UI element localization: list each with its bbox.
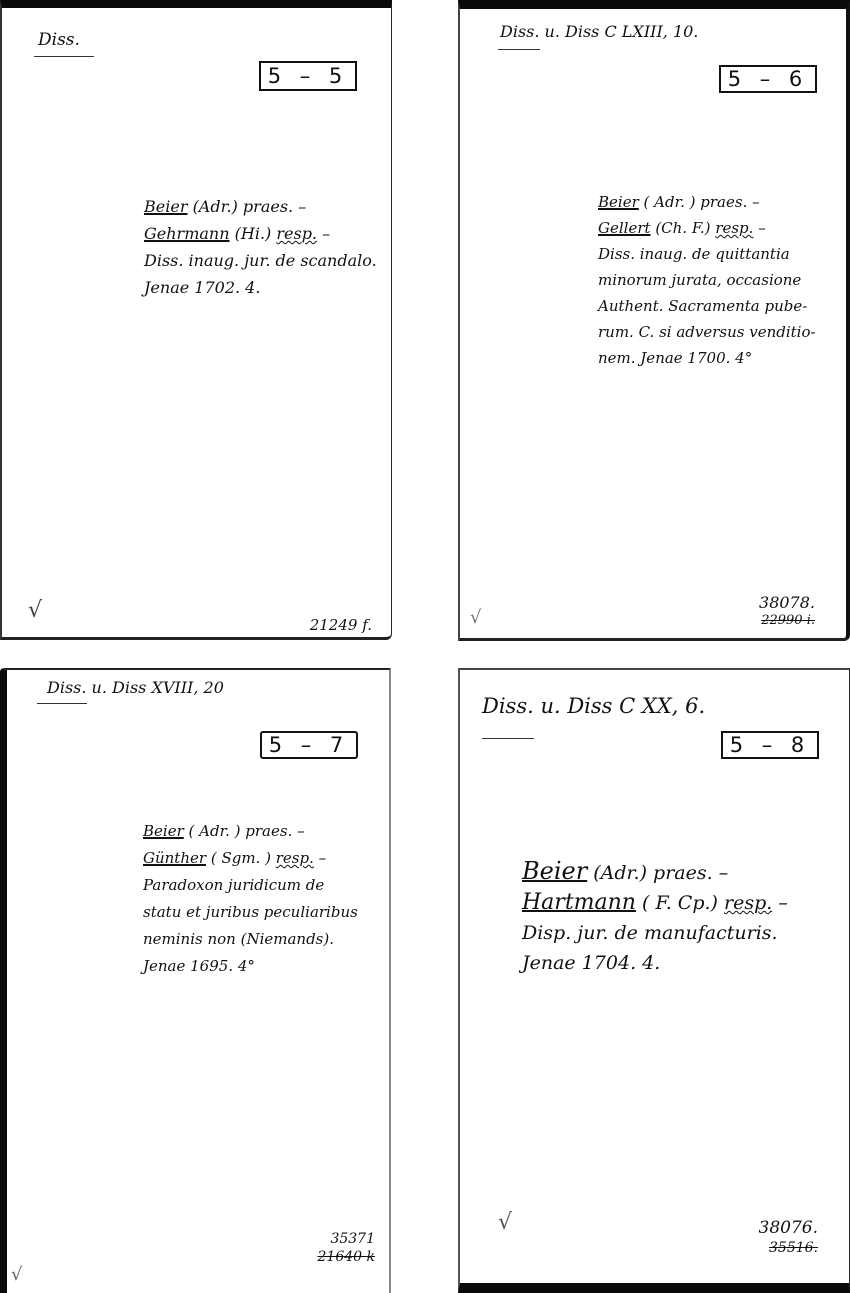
praeses-initials: (Adr.) [593, 862, 647, 884]
accession-number: 38078. [720, 594, 815, 612]
catalog-card-5-6: Diss. u. Diss C LXIII, 10. 5 – 6 Beier (… [458, 0, 850, 641]
respondent-role: resp. [276, 849, 314, 867]
imprint-line: Jenae 1695. 4° [143, 953, 358, 980]
praeses-name: Beier [143, 822, 184, 840]
check-mark-icon: √ [11, 1264, 22, 1285]
accession-number: 38076. [718, 1218, 818, 1238]
respondent-name: Gellert [598, 219, 651, 237]
catalog-entry: Beier ( Adr. ) praes. – Gellert (Ch. F.)… [598, 189, 816, 371]
praeses-line: Beier ( Adr. ) praes. – [598, 189, 816, 215]
check-mark-icon: √ [470, 607, 481, 628]
respondent-initials: (Ch. F.) [655, 219, 710, 237]
accession-numbers: 35371 21640 k [275, 1230, 375, 1266]
respondent-line: Hartmann ( F. Cp.) resp. – [522, 888, 788, 918]
catalog-card-5-7: Diss. u. Diss XVIII, 20 5 – 7 Beier ( Ad… [0, 668, 391, 1293]
title-line: statu et juribus peculiaribus [143, 899, 358, 926]
praeses-name: Beier [598, 193, 639, 211]
call-number-box: 5 – 5 [259, 61, 357, 91]
praeses-line: Beier (Adr.) praes. – [144, 193, 377, 220]
call-number-box: 5 – 7 [260, 731, 358, 759]
shelfmark: Diss. u. Diss C LXIII, 10. [500, 22, 698, 41]
accession-number: 35371 [275, 1230, 375, 1248]
catalog-entry: Beier (Adr.) praes. – Hartmann ( F. Cp.)… [522, 856, 788, 978]
respondent-line: Gellert (Ch. F.) resp. – [598, 215, 816, 241]
catalog-card-5-8: Diss. u. Diss C XX, 6. 5 – 8 Beier (Adr.… [458, 668, 850, 1293]
respondent-name: Hartmann [522, 890, 636, 915]
catalog-entry: Beier ( Adr. ) praes. – Günther ( Sgm. )… [143, 818, 358, 980]
praeses-initials: (Adr.) [193, 197, 238, 216]
shelfmark-underline [37, 703, 87, 704]
title-line: Diss. inaug. jur. de scandalo. [144, 247, 377, 274]
praeses-role: praes. – [243, 197, 306, 216]
praeses-initials: ( Adr. ) [644, 193, 696, 211]
title-line: rum. C. si adversus venditio- [598, 319, 816, 345]
check-mark-icon: √ [498, 1210, 512, 1235]
catalog-entry: Beier (Adr.) praes. – Gehrmann (Hi.) res… [144, 193, 377, 301]
praeses-name: Beier [522, 857, 587, 885]
title-line: Paradoxon juridicum de [143, 872, 358, 899]
shelfmark-underline [482, 738, 534, 739]
respondent-suffix: – [772, 892, 788, 914]
respondent-suffix: – [753, 219, 765, 237]
title-line: Disp. jur. de manufacturis. [522, 918, 788, 948]
shelfmark: Diss. u. Diss XVIII, 20 [47, 678, 224, 697]
respondent-suffix: – [314, 849, 326, 867]
struck-accession-number: 22990 i. [720, 612, 815, 630]
shelfmark-underline [34, 56, 94, 57]
respondent-initials: ( F. Cp.) [642, 892, 718, 914]
imprint-line: nem. Jenae 1700. 4° [598, 345, 816, 371]
respondent-role: resp. [724, 892, 772, 914]
respondent-line: Gehrmann (Hi.) resp. – [144, 220, 377, 247]
title-line: Authent. Sacramenta pube- [598, 293, 816, 319]
call-number-box: 5 – 8 [721, 731, 819, 759]
respondent-initials: (Hi.) [235, 224, 272, 243]
shelfmark: Diss. u. Diss C XX, 6. [482, 694, 705, 718]
respondent-name: Gehrmann [144, 224, 230, 243]
shelfmark: Diss. [38, 30, 80, 50]
praeses-initials: ( Adr. ) [189, 822, 241, 840]
accession-numbers: 38078. 22990 i. [720, 594, 815, 630]
catalog-card-5-5: Diss. 5 – 5 Beier (Adr.) praes. – Gehrma… [0, 0, 392, 640]
check-mark-icon: √ [28, 598, 42, 623]
respondent-role: resp. [715, 219, 753, 237]
praeses-line: Beier (Adr.) praes. – [522, 856, 788, 888]
praeses-line: Beier ( Adr. ) praes. – [143, 818, 358, 845]
respondent-role: resp. [276, 224, 317, 243]
respondent-initials: ( Sgm. ) [211, 849, 271, 867]
accession-numbers: 38076. 35516. [718, 1218, 818, 1258]
call-number-box: 5 – 6 [719, 65, 817, 93]
struck-accession-number: 21640 k [275, 1248, 375, 1266]
respondent-line: Günther ( Sgm. ) resp. – [143, 845, 358, 872]
shelfmark-underline [498, 49, 540, 50]
respondent-name: Günther [143, 849, 206, 867]
praeses-name: Beier [144, 197, 187, 216]
praeses-role: praes. – [245, 822, 304, 840]
accession-number: 21249 f. [292, 616, 372, 634]
title-line: minorum jurata, occasione [598, 267, 816, 293]
respondent-suffix: – [317, 224, 330, 243]
praeses-role: praes. – [700, 193, 759, 211]
title-line: Diss. inaug. de quittantia [598, 241, 816, 267]
struck-accession-number: 35516. [718, 1238, 818, 1258]
praeses-role: praes. – [653, 862, 728, 884]
imprint-line: Jenae 1702. 4. [144, 274, 377, 301]
title-line: neminis non (Niemands). [143, 926, 358, 953]
imprint-line: Jenae 1704. 4. [522, 948, 788, 978]
